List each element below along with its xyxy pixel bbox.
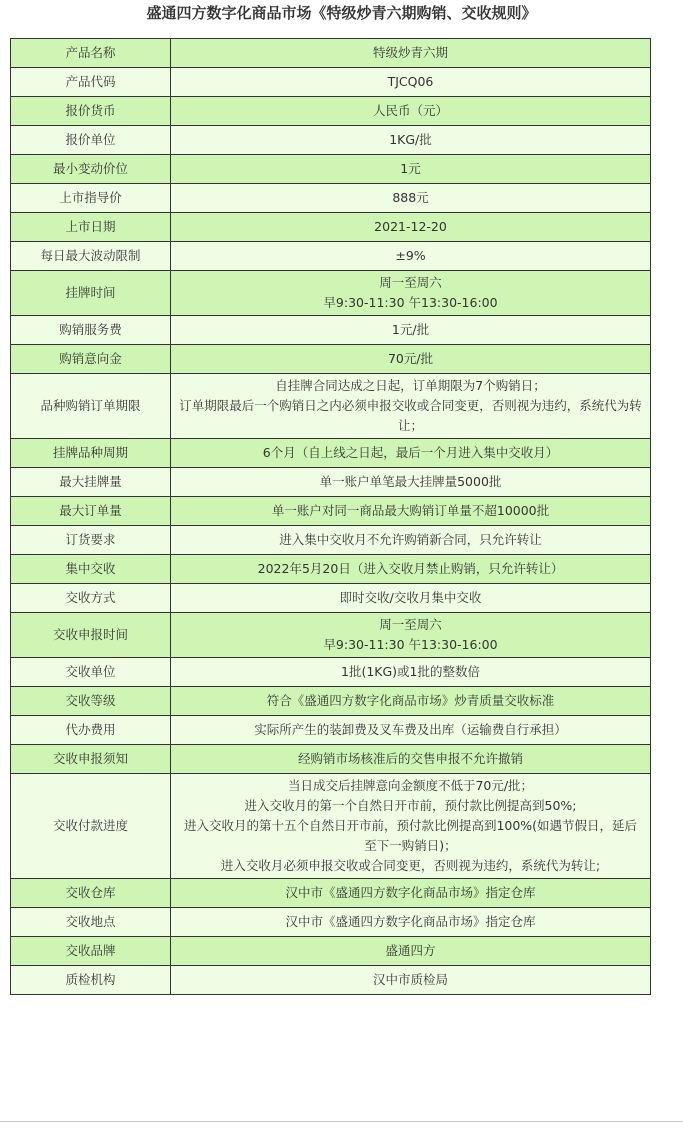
value-line: 进入交收月必须申报交收或合同变更，否则视为违约，系统代为转让; (179, 856, 642, 876)
value-line: 进入集中交收月不允许购销新合同，只允许转让 (179, 530, 642, 550)
row-label: 产品代码 (11, 68, 171, 97)
value-line: 符合《盛通四方数字化商品市场》炒青质量交收标准 (179, 691, 642, 711)
row-label: 产品名称 (11, 39, 171, 68)
value-line: TJCQ06 (179, 72, 642, 92)
table-row-centralized-delivery: 集中交收 2022年5月20日（进入交收月禁止购销，只允许转让） (11, 555, 651, 584)
row-label: 交收申报须知 (11, 745, 171, 774)
row-label: 交收仓库 (11, 879, 171, 908)
table-row-min-tick: 最小变动价位 1元 (11, 155, 651, 184)
value-line: 汉中市《盛通四方数字化商品市场》指定仓库 (179, 883, 642, 903)
row-label: 交收地点 (11, 908, 171, 937)
value-line: 单一账户对同一商品最大购销订单量不超10000批 (179, 501, 642, 521)
row-value: 盛通四方 (171, 937, 651, 966)
page-title: 盛通四方数字化商品市场《特级炒青六期购销、交收规则》 (0, 0, 683, 26)
row-label: 报价货币 (11, 97, 171, 126)
row-label: 交收申报时间 (11, 613, 171, 658)
table-row-max-listing: 最大挂牌量 单一账户单笔最大挂牌量5000批 (11, 468, 651, 497)
value-line: 自挂牌合同达成之日起，订单期限为7个购销日； (179, 376, 642, 396)
row-label: 最小变动价位 (11, 155, 171, 184)
row-value: 1批(1KG)或1批的整数倍 (171, 658, 651, 687)
table-row-declaration-notice: 交收申报须知 经购销市场核准后的交售申报不允许撤销 (11, 745, 651, 774)
value-line: 2022年5月20日（进入交收月禁止购销，只允许转让） (179, 559, 642, 579)
table-row-order-requirement: 订货要求 进入集中交收月不允许购销新合同，只允许转让 (11, 526, 651, 555)
value-line: 1批(1KG)或1批的整数倍 (179, 662, 642, 682)
value-line: 1元/批 (179, 320, 642, 340)
table-row-delivery-declaration-time: 交收申报时间 周一至周六 早9:30-11:30 午13:30-16:00 (11, 613, 651, 658)
value-line: 当日成交后挂牌意向金额度不低于70元/批； (179, 776, 642, 796)
table-row-payment-schedule: 交收付款进度 当日成交后挂牌意向金额度不低于70元/批； 进入交收月的第一个自然… (11, 774, 651, 879)
value-line: 周一至周六 (179, 615, 642, 635)
row-label: 挂牌时间 (11, 271, 171, 316)
value-line: 即时交收/交收月集中交收 (179, 588, 642, 608)
value-line: 汉中市质检局 (179, 970, 642, 990)
value-line: 6个月（自上线之日起，最后一个月进入集中交收月） (179, 443, 642, 463)
row-value: 2021-12-20 (171, 213, 651, 242)
value-line: 早9:30-11:30 午13:30-16:00 (179, 635, 642, 655)
bottom-divider (0, 1121, 683, 1122)
value-line: 进入交收月的第一个自然日开市前，预付款比例提高到50%; (179, 796, 642, 816)
table-row-delivery-location: 交收地点 汉中市《盛通四方数字化商品市场》指定仓库 (11, 908, 651, 937)
table-row-delivery-brand: 交收品牌 盛通四方 (11, 937, 651, 966)
row-label: 报价单位 (11, 126, 171, 155)
row-value: 当日成交后挂牌意向金额度不低于70元/批； 进入交收月的第一个自然日开市前，预付… (171, 774, 651, 879)
row-value: 单一账户对同一商品最大购销订单量不超10000批 (171, 497, 651, 526)
row-value: 1KG/批 (171, 126, 651, 155)
value-line: 70元/批 (179, 349, 642, 369)
row-value: 汉中市《盛通四方数字化商品市场》指定仓库 (171, 879, 651, 908)
row-value: 即时交收/交收月集中交收 (171, 584, 651, 613)
value-line: 1元 (179, 159, 642, 179)
table-row-listing-guide-price: 上市指导价 888元 (11, 184, 651, 213)
table-row-max-order: 最大订单量 单一账户对同一商品最大购销订单量不超10000批 (11, 497, 651, 526)
row-value: 单一账户单笔最大挂牌量5000批 (171, 468, 651, 497)
table-row-quote-unit: 报价单位 1KG/批 (11, 126, 651, 155)
value-line: 特级炒青六期 (179, 43, 642, 63)
table-row-listing-date: 上市日期 2021-12-20 (11, 213, 651, 242)
row-value: 经购销市场核准后的交售申报不允许撤销 (171, 745, 651, 774)
row-value: 周一至周六 早9:30-11:30 午13:30-16:00 (171, 613, 651, 658)
value-line: 汉中市《盛通四方数字化商品市场》指定仓库 (179, 912, 642, 932)
table-row-daily-limit: 每日最大波动限制 ±9% (11, 242, 651, 271)
row-label: 购销意向金 (11, 345, 171, 374)
table-row-agency-fees: 代办费用 实际所产生的装卸费及叉车费及出库（运输费自行承担） (11, 716, 651, 745)
row-label: 挂牌品种周期 (11, 439, 171, 468)
row-label: 最大挂牌量 (11, 468, 171, 497)
table-row-intention-deposit: 购销意向金 70元/批 (11, 345, 651, 374)
row-value: 自挂牌合同达成之日起，订单期限为7个购销日； 订单期限最后一个购销日之内必须申报… (171, 374, 651, 439)
value-line: 单一账户单笔最大挂牌量5000批 (179, 472, 642, 492)
table-row-service-fee: 购销服务费 1元/批 (11, 316, 651, 345)
value-line: 实际所产生的装卸费及叉车费及出库（运输费自行承担） (179, 720, 642, 740)
row-label: 代办费用 (11, 716, 171, 745)
value-line: ±9% (179, 246, 642, 266)
row-label: 交收方式 (11, 584, 171, 613)
row-label: 质检机构 (11, 966, 171, 995)
row-label: 每日最大波动限制 (11, 242, 171, 271)
row-value: 6个月（自上线之日起，最后一个月进入集中交收月） (171, 439, 651, 468)
row-label: 品种购销订单期限 (11, 374, 171, 439)
row-value: 2022年5月20日（进入交收月禁止购销，只允许转让） (171, 555, 651, 584)
row-label: 交收单位 (11, 658, 171, 687)
row-value: 1元 (171, 155, 651, 184)
row-value: TJCQ06 (171, 68, 651, 97)
row-label: 上市日期 (11, 213, 171, 242)
value-line: 盛通四方 (179, 941, 642, 961)
product-spec-table: 产品名称 特级炒青六期 产品代码 TJCQ06 报价货币 人民币（元） 报价单位… (10, 38, 651, 995)
table-row-quote-currency: 报价货币 人民币（元） (11, 97, 651, 126)
table-row-product-code: 产品代码 TJCQ06 (11, 68, 651, 97)
row-label: 购销服务费 (11, 316, 171, 345)
row-value: ±9% (171, 242, 651, 271)
value-line: 888元 (179, 188, 642, 208)
row-value: 汉中市《盛通四方数字化商品市场》指定仓库 (171, 908, 651, 937)
row-value: 实际所产生的装卸费及叉车费及出库（运输费自行承担） (171, 716, 651, 745)
value-line: 进入交收月的第十五个自然日开市前，预付款比例提高到100%(如遇节假日，延后至下… (179, 816, 642, 856)
table-row-inspection-agency: 质检机构 汉中市质检局 (11, 966, 651, 995)
value-line: 经购销市场核准后的交售申报不允许撤销 (179, 749, 642, 769)
value-line: 订单期限最后一个购销日之内必须申报交收或合同变更，否则视为违约，系统代为转让； (179, 396, 642, 436)
value-line: 周一至周六 (179, 273, 642, 293)
table-row-listing-time: 挂牌时间 周一至周六 早9:30-11:30 午13:30-16:00 (11, 271, 651, 316)
table-row-delivery-warehouse: 交收仓库 汉中市《盛通四方数字化商品市场》指定仓库 (11, 879, 651, 908)
row-label: 交收等级 (11, 687, 171, 716)
row-label: 订货要求 (11, 526, 171, 555)
value-line: 人民币（元） (179, 101, 642, 121)
value-line: 早9:30-11:30 午13:30-16:00 (179, 293, 642, 313)
row-label: 上市指导价 (11, 184, 171, 213)
row-label: 集中交收 (11, 555, 171, 584)
table-row-listing-cycle: 挂牌品种周期 6个月（自上线之日起，最后一个月进入集中交收月） (11, 439, 651, 468)
row-value: 周一至周六 早9:30-11:30 午13:30-16:00 (171, 271, 651, 316)
row-value: 1元/批 (171, 316, 651, 345)
value-line: 2021-12-20 (179, 217, 642, 237)
table-row-product-name: 产品名称 特级炒青六期 (11, 39, 651, 68)
row-value: 进入集中交收月不允许购销新合同，只允许转让 (171, 526, 651, 555)
table-row-delivery-unit: 交收单位 1批(1KG)或1批的整数倍 (11, 658, 651, 687)
row-value: 特级炒青六期 (171, 39, 651, 68)
row-value: 汉中市质检局 (171, 966, 651, 995)
row-label: 交收付款进度 (11, 774, 171, 879)
row-label: 最大订单量 (11, 497, 171, 526)
table-row-order-term: 品种购销订单期限 自挂牌合同达成之日起，订单期限为7个购销日； 订单期限最后一个… (11, 374, 651, 439)
value-line: 1KG/批 (179, 130, 642, 150)
row-value: 888元 (171, 184, 651, 213)
table-row-delivery-method: 交收方式 即时交收/交收月集中交收 (11, 584, 651, 613)
row-value: 人民币（元） (171, 97, 651, 126)
table-row-delivery-grade: 交收等级 符合《盛通四方数字化商品市场》炒青质量交收标准 (11, 687, 651, 716)
row-value: 70元/批 (171, 345, 651, 374)
row-label: 交收品牌 (11, 937, 171, 966)
row-value: 符合《盛通四方数字化商品市场》炒青质量交收标准 (171, 687, 651, 716)
